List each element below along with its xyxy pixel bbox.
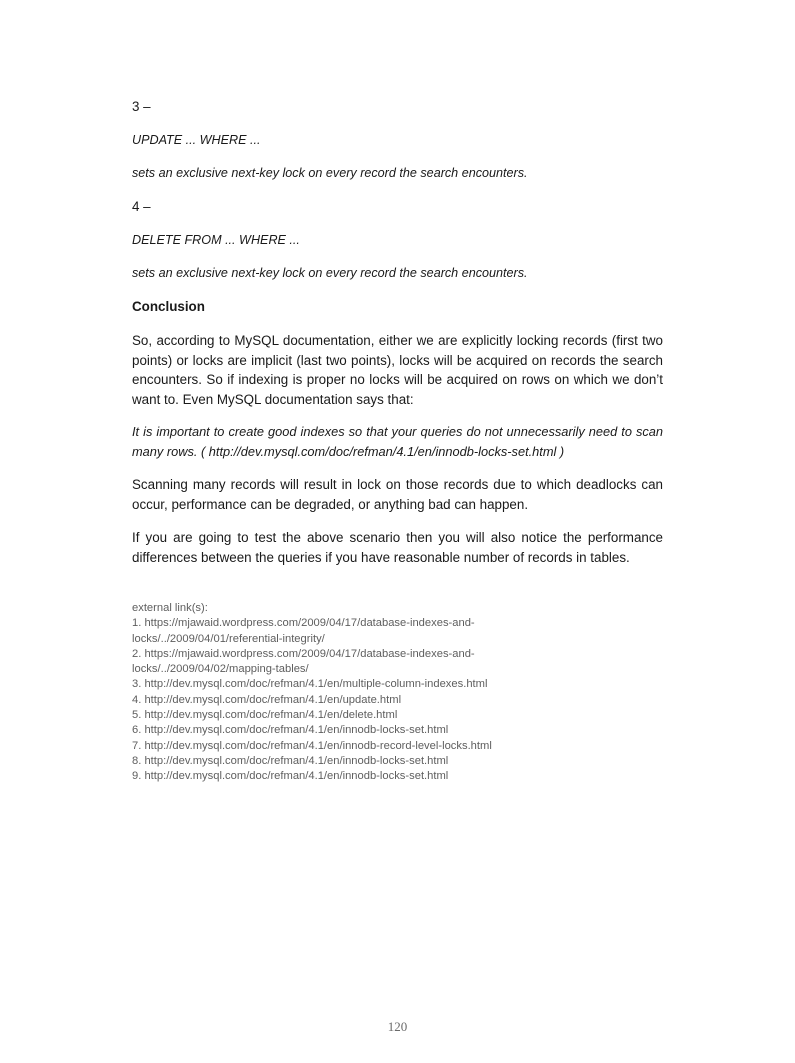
external-link-5[interactable]: 5. http://dev.mysql.com/doc/refman/4.1/e… — [132, 708, 552, 723]
external-link-7[interactable]: 7. http://dev.mysql.com/doc/refman/4.1/e… — [132, 739, 552, 754]
documentation-quote: It is important to create good indexes s… — [132, 422, 663, 462]
item-3-statement: UPDATE ... WHERE ... — [132, 131, 261, 150]
external-links-heading: external link(s): — [132, 601, 552, 616]
item-4-statement: DELETE FROM ... WHERE ... — [132, 231, 300, 250]
external-link-3[interactable]: 3. http://dev.mysql.com/doc/refman/4.1/e… — [132, 677, 552, 692]
external-link-2[interactable]: 2. https://mjawaid.wordpress.com/2009/04… — [132, 647, 552, 678]
item-3-description: sets an exclusive next-key lock on every… — [132, 164, 528, 183]
testing-paragraph: If you are going to test the above scena… — [132, 528, 663, 567]
external-link-6[interactable]: 6. http://dev.mysql.com/doc/refman/4.1/e… — [132, 723, 552, 738]
external-link-1[interactable]: 1. https://mjawaid.wordpress.com/2009/04… — [132, 616, 552, 647]
item-4-number: 4 – — [132, 197, 151, 216]
item-3-number: 3 – — [132, 97, 151, 116]
external-links-section: external link(s): 1. https://mjawaid.wor… — [132, 601, 552, 785]
item-4-description: sets an exclusive next-key lock on every… — [132, 264, 528, 283]
conclusion-paragraph: So, according to MySQL documentation, ei… — [132, 331, 663, 409]
external-link-4[interactable]: 4. http://dev.mysql.com/doc/refman/4.1/e… — [132, 693, 552, 708]
external-link-9[interactable]: 9. http://dev.mysql.com/doc/refman/4.1/e… — [132, 769, 552, 784]
scanning-paragraph: Scanning many records will result in loc… — [132, 475, 663, 514]
conclusion-heading: Conclusion — [132, 297, 205, 316]
external-link-8[interactable]: 8. http://dev.mysql.com/doc/refman/4.1/e… — [132, 754, 552, 769]
page-number: 120 — [0, 1019, 795, 1035]
